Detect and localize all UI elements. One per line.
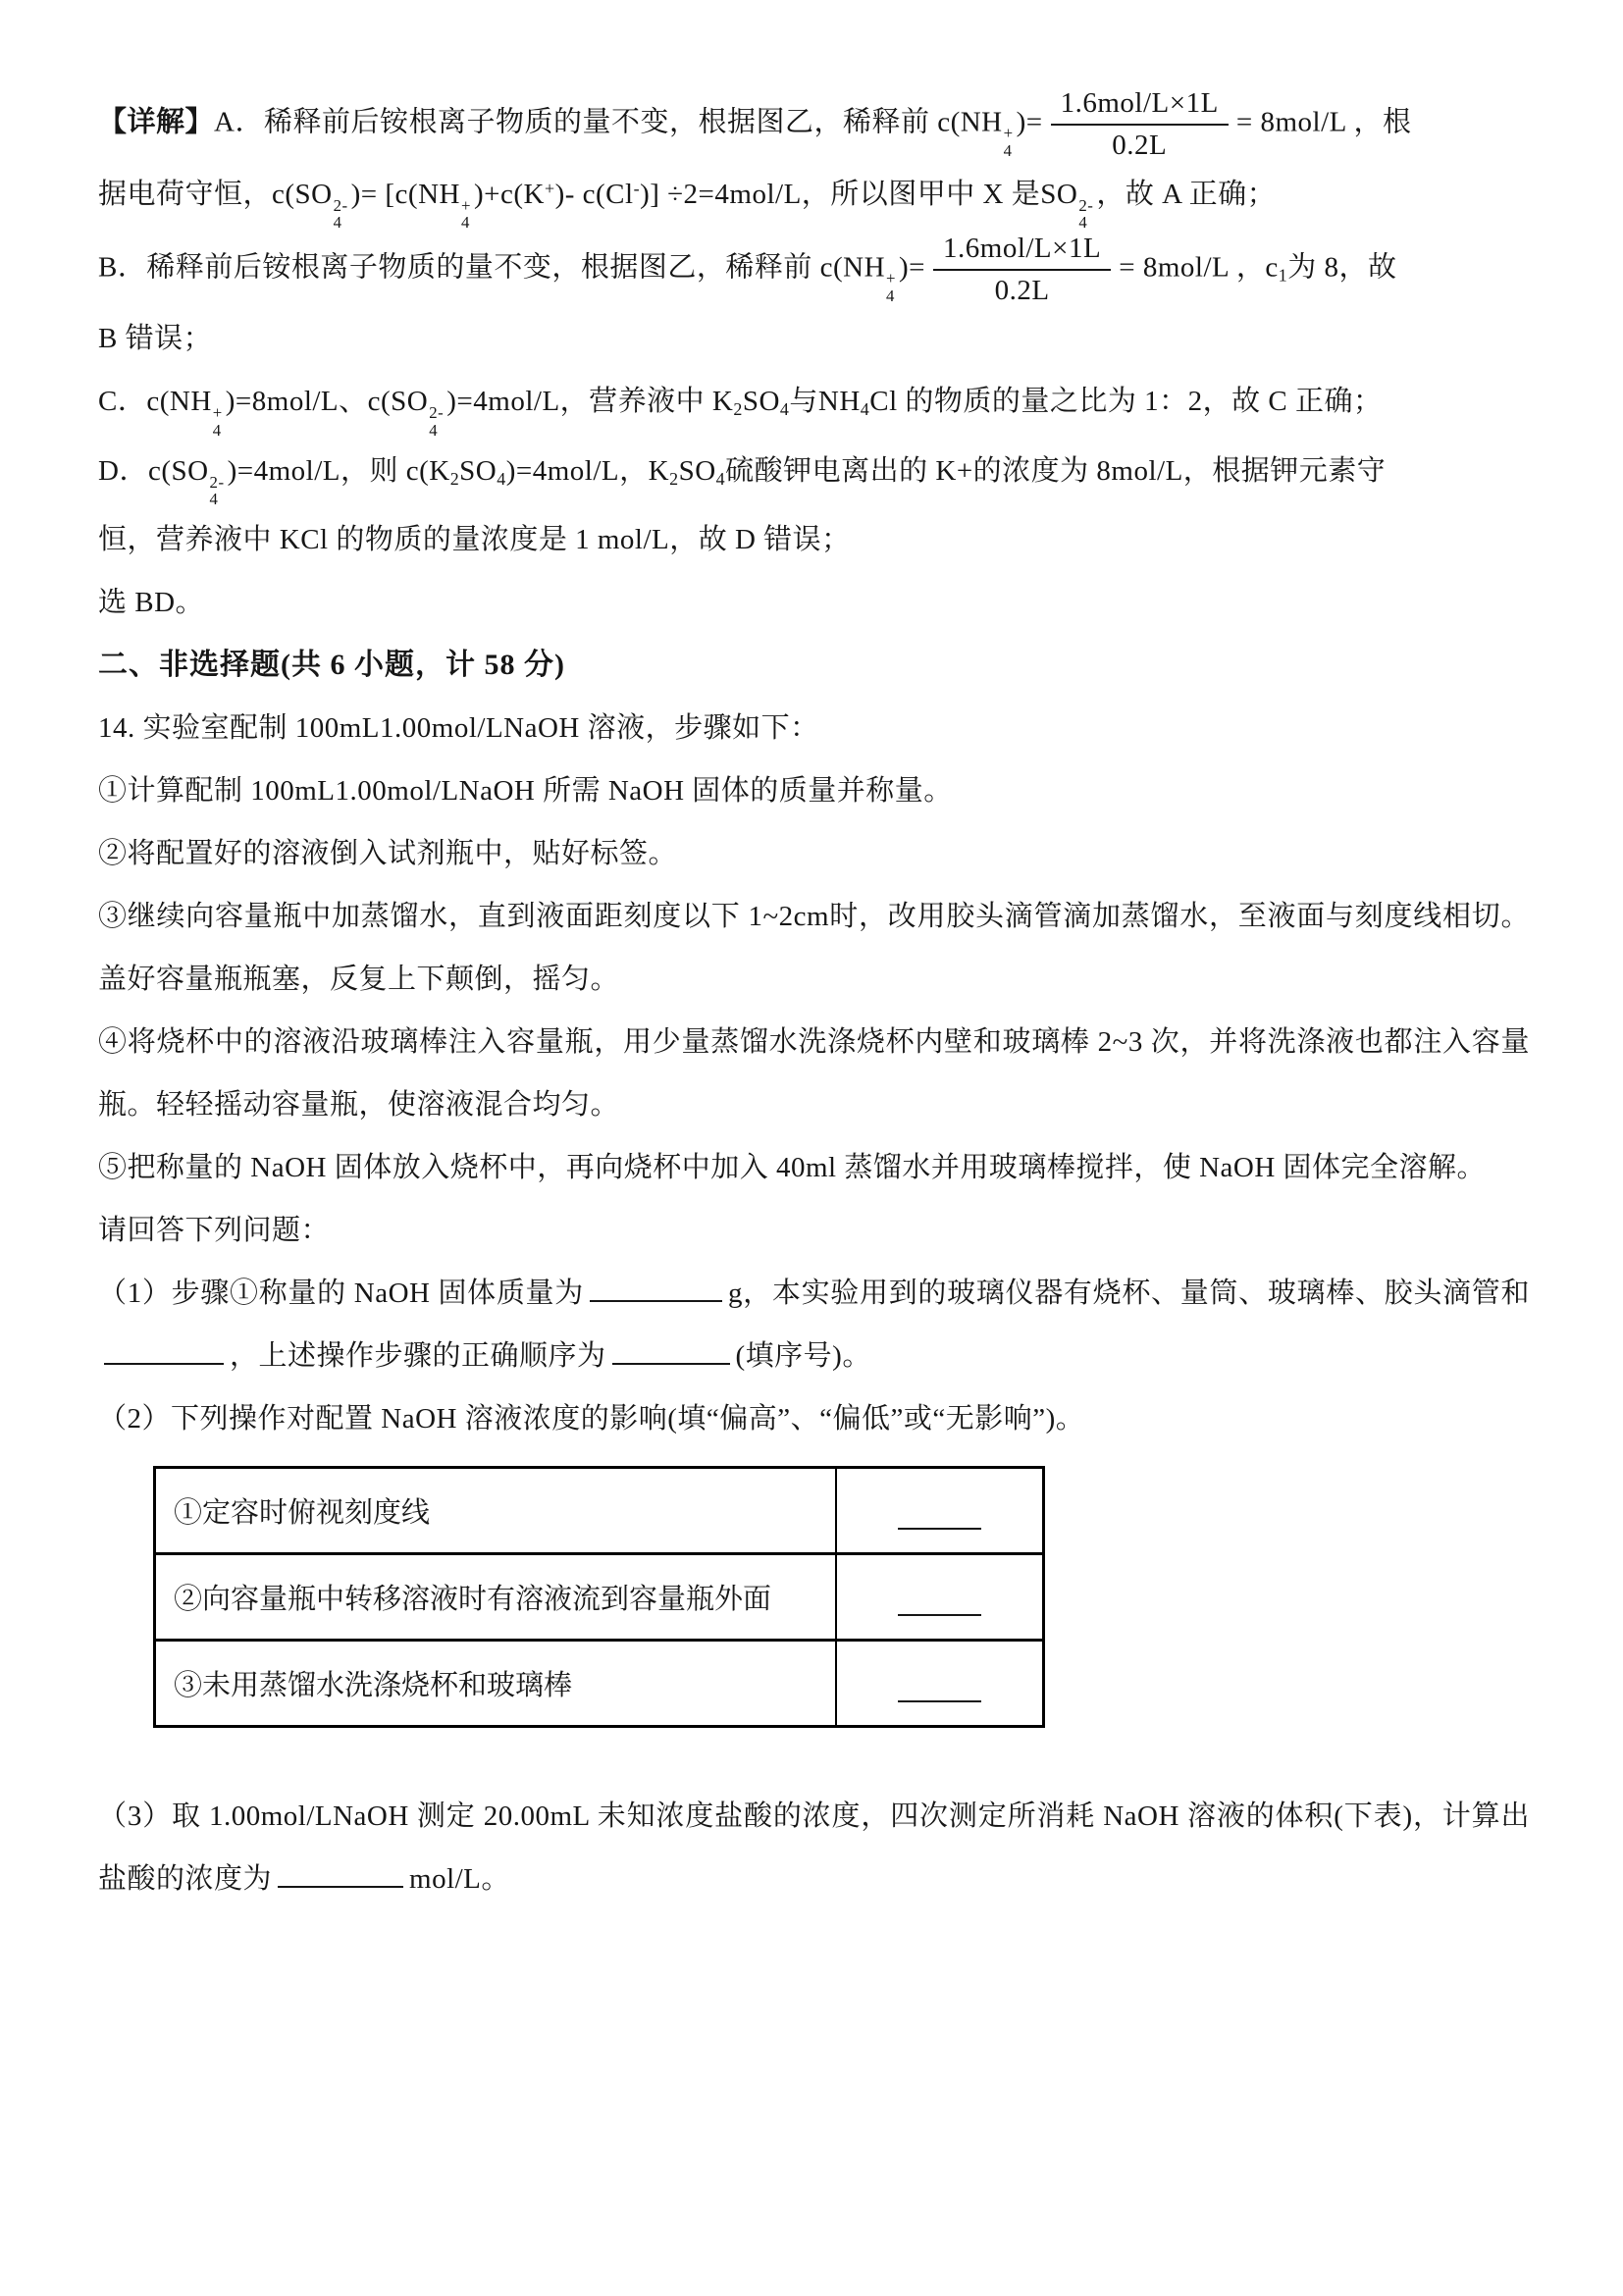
fraction: 1.6mol/L×1L0.2L <box>1051 86 1229 163</box>
text-run: B．稀释前后铵根离子物质的量不变，根据图乙，稀释前 c(NH <box>98 251 885 283</box>
text-run: )=4mol/L，营养液中 K <box>446 386 733 417</box>
subscript: 1 <box>1279 265 1287 285</box>
stacked-superscript: 2- <box>334 197 348 215</box>
text-run: )= <box>1017 106 1043 137</box>
stacked-subscript: 4 <box>210 491 219 508</box>
answer-blank <box>898 1584 981 1615</box>
charge-stack: 2-4 <box>334 197 348 232</box>
text-run: Cl 的物质的量之比为 1：2，故 C 正确； <box>869 386 1382 417</box>
text-run: (填序号)。 <box>736 1340 871 1372</box>
text-run: )=4mol/L，则 c(K <box>228 455 450 487</box>
fraction: 1.6mol/L×1L0.2L <box>933 232 1111 308</box>
text-run: （1）步骤①称量的 NaOH 固体质量为 <box>98 1278 584 1309</box>
supscript: + <box>545 179 555 198</box>
table-row: ②向容量瓶中转移溶液时有溶液流到容量瓶外面 <box>155 1554 1044 1641</box>
text-run: 硫酸钾电离出的 K+的浓度为 8mol/L，根据钾元素守 <box>725 455 1386 487</box>
text-run: ②将配置好的溶液倒入试剂瓶中，贴好标签。 <box>98 838 677 869</box>
stacked-superscript: + <box>213 404 223 422</box>
subscript: 2 <box>669 469 678 489</box>
text-run: )- c(Cl <box>555 179 634 210</box>
operation-cell: ③未用蒸馏水洗涤烧杯和玻璃棒 <box>155 1641 836 1727</box>
operation-cell: ①定容时俯视刻度线 <box>155 1468 836 1554</box>
charge-stack: +4 <box>213 404 223 439</box>
answer-blank <box>104 1333 224 1365</box>
text-run: 与NH <box>789 386 860 417</box>
table-row: ③未用蒸馏水洗涤烧杯和玻璃棒 <box>155 1641 1044 1727</box>
operation-label: ①定容时俯视刻度线 <box>174 1497 430 1529</box>
q14-step-3: ③继续向容量瓶中加蒸馏水，直到液面距刻度以下 1~2cm时，改用胶头滴管滴加蒸馏… <box>98 885 1530 1011</box>
text-run: SO <box>743 386 780 417</box>
text-run: )=8mol/L、c(SO <box>226 386 429 417</box>
text-run: )= [c(NH <box>351 179 460 210</box>
stacked-superscript: + <box>1004 125 1014 142</box>
subscript: 4 <box>497 469 505 489</box>
operation-label: ③未用蒸馏水洗涤烧杯和玻璃棒 <box>174 1670 572 1701</box>
text-run: SO <box>679 455 716 487</box>
text-run: 据电荷守恒，c(SO <box>98 179 333 210</box>
text-run: g，本实验用到的玻璃仪器有烧杯、量筒、玻璃棒、胶头滴管和 <box>728 1278 1530 1309</box>
text-run: B 错误； <box>98 323 212 354</box>
charge-stack: 2-4 <box>1078 197 1093 232</box>
charge-stack: +4 <box>1004 125 1014 159</box>
text-run: 二、非选择题(共 6 小题，计 58 分) <box>98 649 565 681</box>
fraction-denominator: 0.2L <box>995 271 1050 308</box>
text-run: ，上述操作步骤的正确顺序为 <box>230 1340 606 1372</box>
text-run: )= <box>899 251 925 283</box>
stacked-subscript: 4 <box>1078 214 1087 232</box>
q14-step-4: ④将烧杯中的溶液沿玻璃棒注入容量瓶，用少量蒸馏水洗涤烧杯内壁和玻璃棒 2~3 次… <box>98 1011 1530 1136</box>
text-run: 14. 实验室配制 100mL1.00mol/LNaOH 溶液，步骤如下： <box>98 712 819 744</box>
table-row: ①定容时俯视刻度线 <box>155 1468 1044 1554</box>
fraction-numerator: 1.6mol/L×1L <box>1051 86 1229 126</box>
text-run: ①计算配制 100mL1.00mol/LNaOH 所需 NaOH 固体的质量并称… <box>98 775 953 807</box>
detail-option-d-line1: D．c(SO2-4)=4mol/L，则 c(K2SO4)=4mol/L，K2SO… <box>98 440 1530 508</box>
answer-line: 选 BD。 <box>98 571 1530 634</box>
text-run: )] ÷2=4mol/L，所以图甲中 X 是SO <box>640 179 1077 210</box>
stacked-subscript: 4 <box>429 422 438 440</box>
subscript: 4 <box>861 400 869 420</box>
text-run: SO <box>459 455 497 487</box>
detail-option-d-line2: 恒，营养液中 KCl 的物质的量浓度是 1 mol/L，故 D 错误； <box>98 508 1530 571</box>
text-run: = 8mol/L ，c <box>1119 251 1279 283</box>
detail-option-a-line2: 据电荷守恒，c(SO2-4)= [c(NH+4)+c(K+)- c(Cl-)] … <box>98 163 1530 232</box>
answer-blank <box>612 1333 730 1365</box>
effects-table: ①定容时俯视刻度线②向容量瓶中转移溶液时有溶液流到容量瓶外面③未用蒸馏水洗涤烧杯… <box>153 1466 1045 1728</box>
stacked-superscript: + <box>461 197 471 215</box>
stacked-subscript: 4 <box>213 422 222 440</box>
q14-step-2: ②将配置好的溶液倒入试剂瓶中，贴好标签。 <box>98 822 1530 885</box>
answer-blank <box>590 1271 722 1302</box>
text-run: 请回答下列问题： <box>98 1215 330 1246</box>
charge-stack: +4 <box>886 270 896 304</box>
q14-step-1: ①计算配制 100mL1.00mol/LNaOH 所需 NaOH 固体的质量并称… <box>98 759 1530 822</box>
text-run: ④将烧杯中的溶液沿玻璃棒注入容量瓶，用少量蒸馏水洗涤烧杯内壁和玻璃棒 2~3 次… <box>98 1026 1530 1121</box>
q14-stem: 14. 实验室配制 100mL1.00mol/LNaOH 溶液，步骤如下： <box>98 697 1530 759</box>
text-run: )=4mol/L，K <box>506 455 669 487</box>
subscript: 4 <box>716 469 725 489</box>
text-run: A．稀释前后铵根离子物质的量不变，根据图乙，稀释前 c(NH <box>214 106 1003 137</box>
operation-cell: ②向容量瓶中转移溶液时有溶液流到容量瓶外面 <box>155 1554 836 1641</box>
detail-option-b-line2: B 错误； <box>98 307 1530 370</box>
charge-stack: 2-4 <box>429 404 444 439</box>
text-run: mol/L。 <box>409 1863 510 1895</box>
text-run: = 8mol/L ，根 <box>1236 106 1412 137</box>
stacked-subscript: 4 <box>886 287 895 305</box>
stacked-subscript: 4 <box>461 214 470 232</box>
detail-option-c: C．c(NH+4)=8mol/L、c(SO2-4)=4mol/L，营养液中 K2… <box>98 370 1530 439</box>
stacked-superscript: 2- <box>1078 197 1093 215</box>
text-run: ⑤把称量的 NaOH 固体放入烧杯中，再向烧杯中加入 40ml 蒸馏水并用玻璃棒… <box>98 1152 1486 1183</box>
stacked-superscript: + <box>886 270 896 287</box>
text-run: D．c(SO <box>98 455 209 487</box>
text-run: 选 BD。 <box>98 587 204 618</box>
text-run: 【详解】 <box>98 106 214 137</box>
stacked-subscript: 4 <box>1004 142 1013 160</box>
answer-cell <box>836 1554 1044 1641</box>
text-run: （2）下列操作对配置 NaOH 溶液浓度的影响(填“偏高”、“偏低”或“无影响”… <box>98 1403 1084 1435</box>
subscript: 2 <box>450 469 459 489</box>
answer-blank <box>278 1856 403 1888</box>
subscript: 2 <box>733 400 742 420</box>
q14-sub1: （1）步骤①称量的 NaOH 固体质量为g，本实验用到的玻璃仪器有烧杯、量筒、玻… <box>98 1262 1530 1387</box>
subscript: 4 <box>780 400 789 420</box>
stacked-subscript: 4 <box>334 214 342 232</box>
fraction-denominator: 0.2L <box>1112 126 1167 163</box>
answer-blank <box>898 1497 981 1529</box>
text-run: ，故 A 正确； <box>1096 179 1276 210</box>
answer-cell <box>836 1468 1044 1554</box>
text-run: 为 8，故 <box>1287 251 1396 283</box>
section-2-heading: 二、非选择题(共 6 小题，计 58 分) <box>98 634 1530 697</box>
gap-before-sub3 <box>98 1728 1530 1785</box>
stacked-superscript: 2- <box>210 474 225 492</box>
detail-option-b-line1: B．稀释前后铵根离子物质的量不变，根据图乙，稀释前 c(NH+4)=1.6mol… <box>98 232 1530 308</box>
fraction-numerator: 1.6mol/L×1L <box>933 232 1111 271</box>
document-page: 【详解】A．稀释前后铵根离子物质的量不变，根据图乙，稀释前 c(NH+4)=1.… <box>0 0 1623 2296</box>
q14-sub2: （2）下列操作对配置 NaOH 溶液浓度的影响(填“偏高”、“偏低”或“无影响”… <box>98 1387 1530 1450</box>
answer-blank <box>898 1670 981 1701</box>
text-run: ③继续向容量瓶中加蒸馏水，直到液面距刻度以下 1~2cm时，改用胶头滴管滴加蒸馏… <box>98 901 1530 995</box>
text-run: C．c(NH <box>98 386 212 417</box>
detail-option-a-line1: 【详解】A．稀释前后铵根离子物质的量不变，根据图乙，稀释前 c(NH+4)=1.… <box>98 86 1530 163</box>
charge-stack: +4 <box>461 197 471 232</box>
charge-stack: 2-4 <box>210 474 225 508</box>
text-run: )+c(K <box>474 179 545 210</box>
q14-sub3: （3）取 1.00mol/LNaOH 测定 20.00mL 未知浓度盐酸的浓度，… <box>98 1785 1530 1910</box>
stacked-superscript: 2- <box>429 404 444 422</box>
q14-step-5: ⑤把称量的 NaOH 固体放入烧杯中，再向烧杯中加入 40ml 蒸馏水并用玻璃棒… <box>98 1136 1530 1199</box>
q14-prompt: 请回答下列问题： <box>98 1199 1530 1262</box>
operation-label: ②向容量瓶中转移溶液时有溶液流到容量瓶外面 <box>174 1584 771 1615</box>
text-run: 恒，营养液中 KCl 的物质的量浓度是 1 mol/L，故 D 错误； <box>98 524 851 555</box>
answer-cell <box>836 1641 1044 1727</box>
